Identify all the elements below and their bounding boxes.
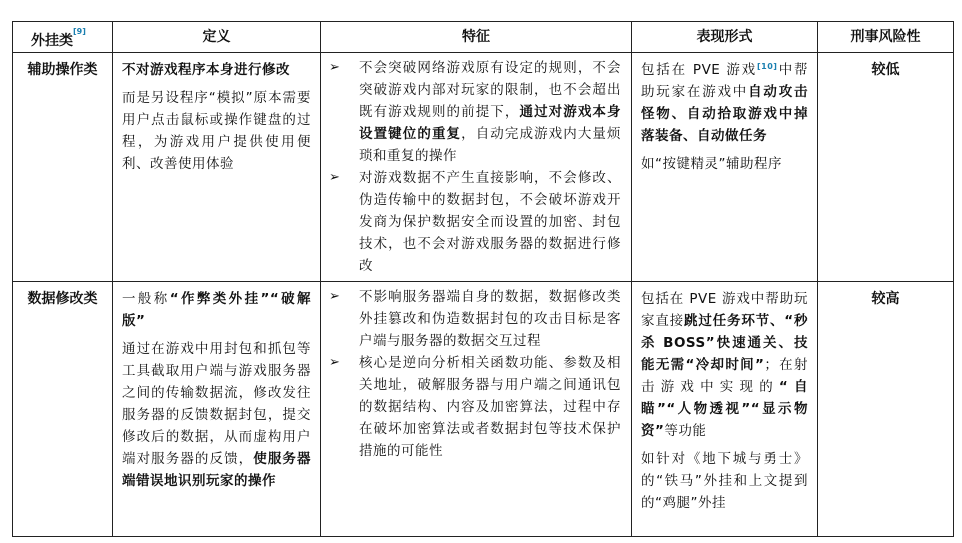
header-features: 特征 <box>321 22 632 53</box>
table-header-row: 外挂类[9] 定义 特征 表现形式 刑事风险性 <box>13 22 954 53</box>
forms-cell: 包括在 PVE 游戏[10]中帮助玩家在游戏中自动攻击怪物、自动拾取游戏中掉落装… <box>632 53 818 282</box>
feature-item: ➢ 不会突破网络游戏原有设定的规则，不会突破游戏内部对玩家的限制，也不会超出既有… <box>327 57 625 167</box>
forms-example: 如针对《地下城与勇士》的“铁马”外挂和上文提到的“鸡腿”外挂 <box>641 448 808 514</box>
plugin-classification-table: 外挂类[9] 定义 特征 表现形式 刑事风险性 辅助操作类 不对游戏程序本身进行… <box>12 21 954 537</box>
citation-link-9[interactable]: [9] <box>73 27 86 36</box>
forms-cell: 包括在 PVE 游戏中帮助玩家直接跳过任务环节、“秒杀 BOSS”快速通关、技能… <box>632 282 818 537</box>
feature-item: ➢ 对游戏数据不产生直接影响，不会修改、伪造传输中的数据封包，不会破坏游戏开发商… <box>327 167 625 277</box>
features-cell: ➢ 不影响服务器端自身的数据，数据修改类外挂篡改和伪造数据封包的攻击目标是客户端… <box>321 282 632 537</box>
feature-item: ➢ 不影响服务器端自身的数据，数据修改类外挂篡改和伪造数据封包的攻击目标是客户端… <box>327 286 625 352</box>
risk-level-cell: 较高 <box>818 282 954 537</box>
citation-link-10[interactable]: [10] <box>757 62 777 71</box>
header-forms: 表现形式 <box>632 22 818 53</box>
arrow-bullet-icon: ➢ <box>327 167 359 189</box>
table-row: 辅助操作类 不对游戏程序本身进行修改 而是另设程序“模拟”原本需要用户点击鼠标或… <box>13 53 954 282</box>
arrow-bullet-icon: ➢ <box>327 352 359 374</box>
definition-detail: 通过在游戏中用封包和抓包等工具截取用户端与游戏服务器之间的传输数据流，修改发往服… <box>122 338 311 492</box>
definition-detail: 而是另设程序“模拟”原本需要用户点击鼠标或操作键盘的过程，为游戏用户提供使用便利… <box>122 87 311 175</box>
features-cell: ➢ 不会突破网络游戏原有设定的规则，不会突破游戏内部对玩家的限制，也不会超出既有… <box>321 53 632 282</box>
category-cell: 辅助操作类 <box>13 53 113 282</box>
arrow-bullet-icon: ➢ <box>327 57 359 79</box>
header-definition: 定义 <box>113 22 321 53</box>
category-cell: 数据修改类 <box>13 282 113 537</box>
arrow-bullet-icon: ➢ <box>327 286 359 308</box>
definition-cell: 不对游戏程序本身进行修改 而是另设程序“模拟”原本需要用户点击鼠标或操作键盘的过… <box>113 53 321 282</box>
definition-summary: 一般称“作弊类外挂”“破解版” <box>122 288 311 332</box>
header-risk: 刑事风险性 <box>818 22 954 53</box>
forms-description: 包括在 PVE 游戏中帮助玩家直接跳过任务环节、“秒杀 BOSS”快速通关、技能… <box>641 288 808 442</box>
forms-description: 包括在 PVE 游戏[10]中帮助玩家在游戏中自动攻击怪物、自动拾取游戏中掉落装… <box>641 59 808 147</box>
forms-example: 如“按键精灵”辅助程序 <box>641 153 808 175</box>
definition-cell: 一般称“作弊类外挂”“破解版” 通过在游戏中用封包和抓包等工具截取用户端与游戏服… <box>113 282 321 537</box>
feature-item: ➢ 核心是逆向分析相关函数功能、参数及相关地址，破解服务器与用户端之间通讯包的数… <box>327 352 625 462</box>
definition-summary: 不对游戏程序本身进行修改 <box>122 59 311 81</box>
table-row: 数据修改类 一般称“作弊类外挂”“破解版” 通过在游戏中用封包和抓包等工具截取用… <box>13 282 954 537</box>
header-category: 外挂类[9] <box>13 22 113 53</box>
risk-level-cell: 较低 <box>818 53 954 282</box>
